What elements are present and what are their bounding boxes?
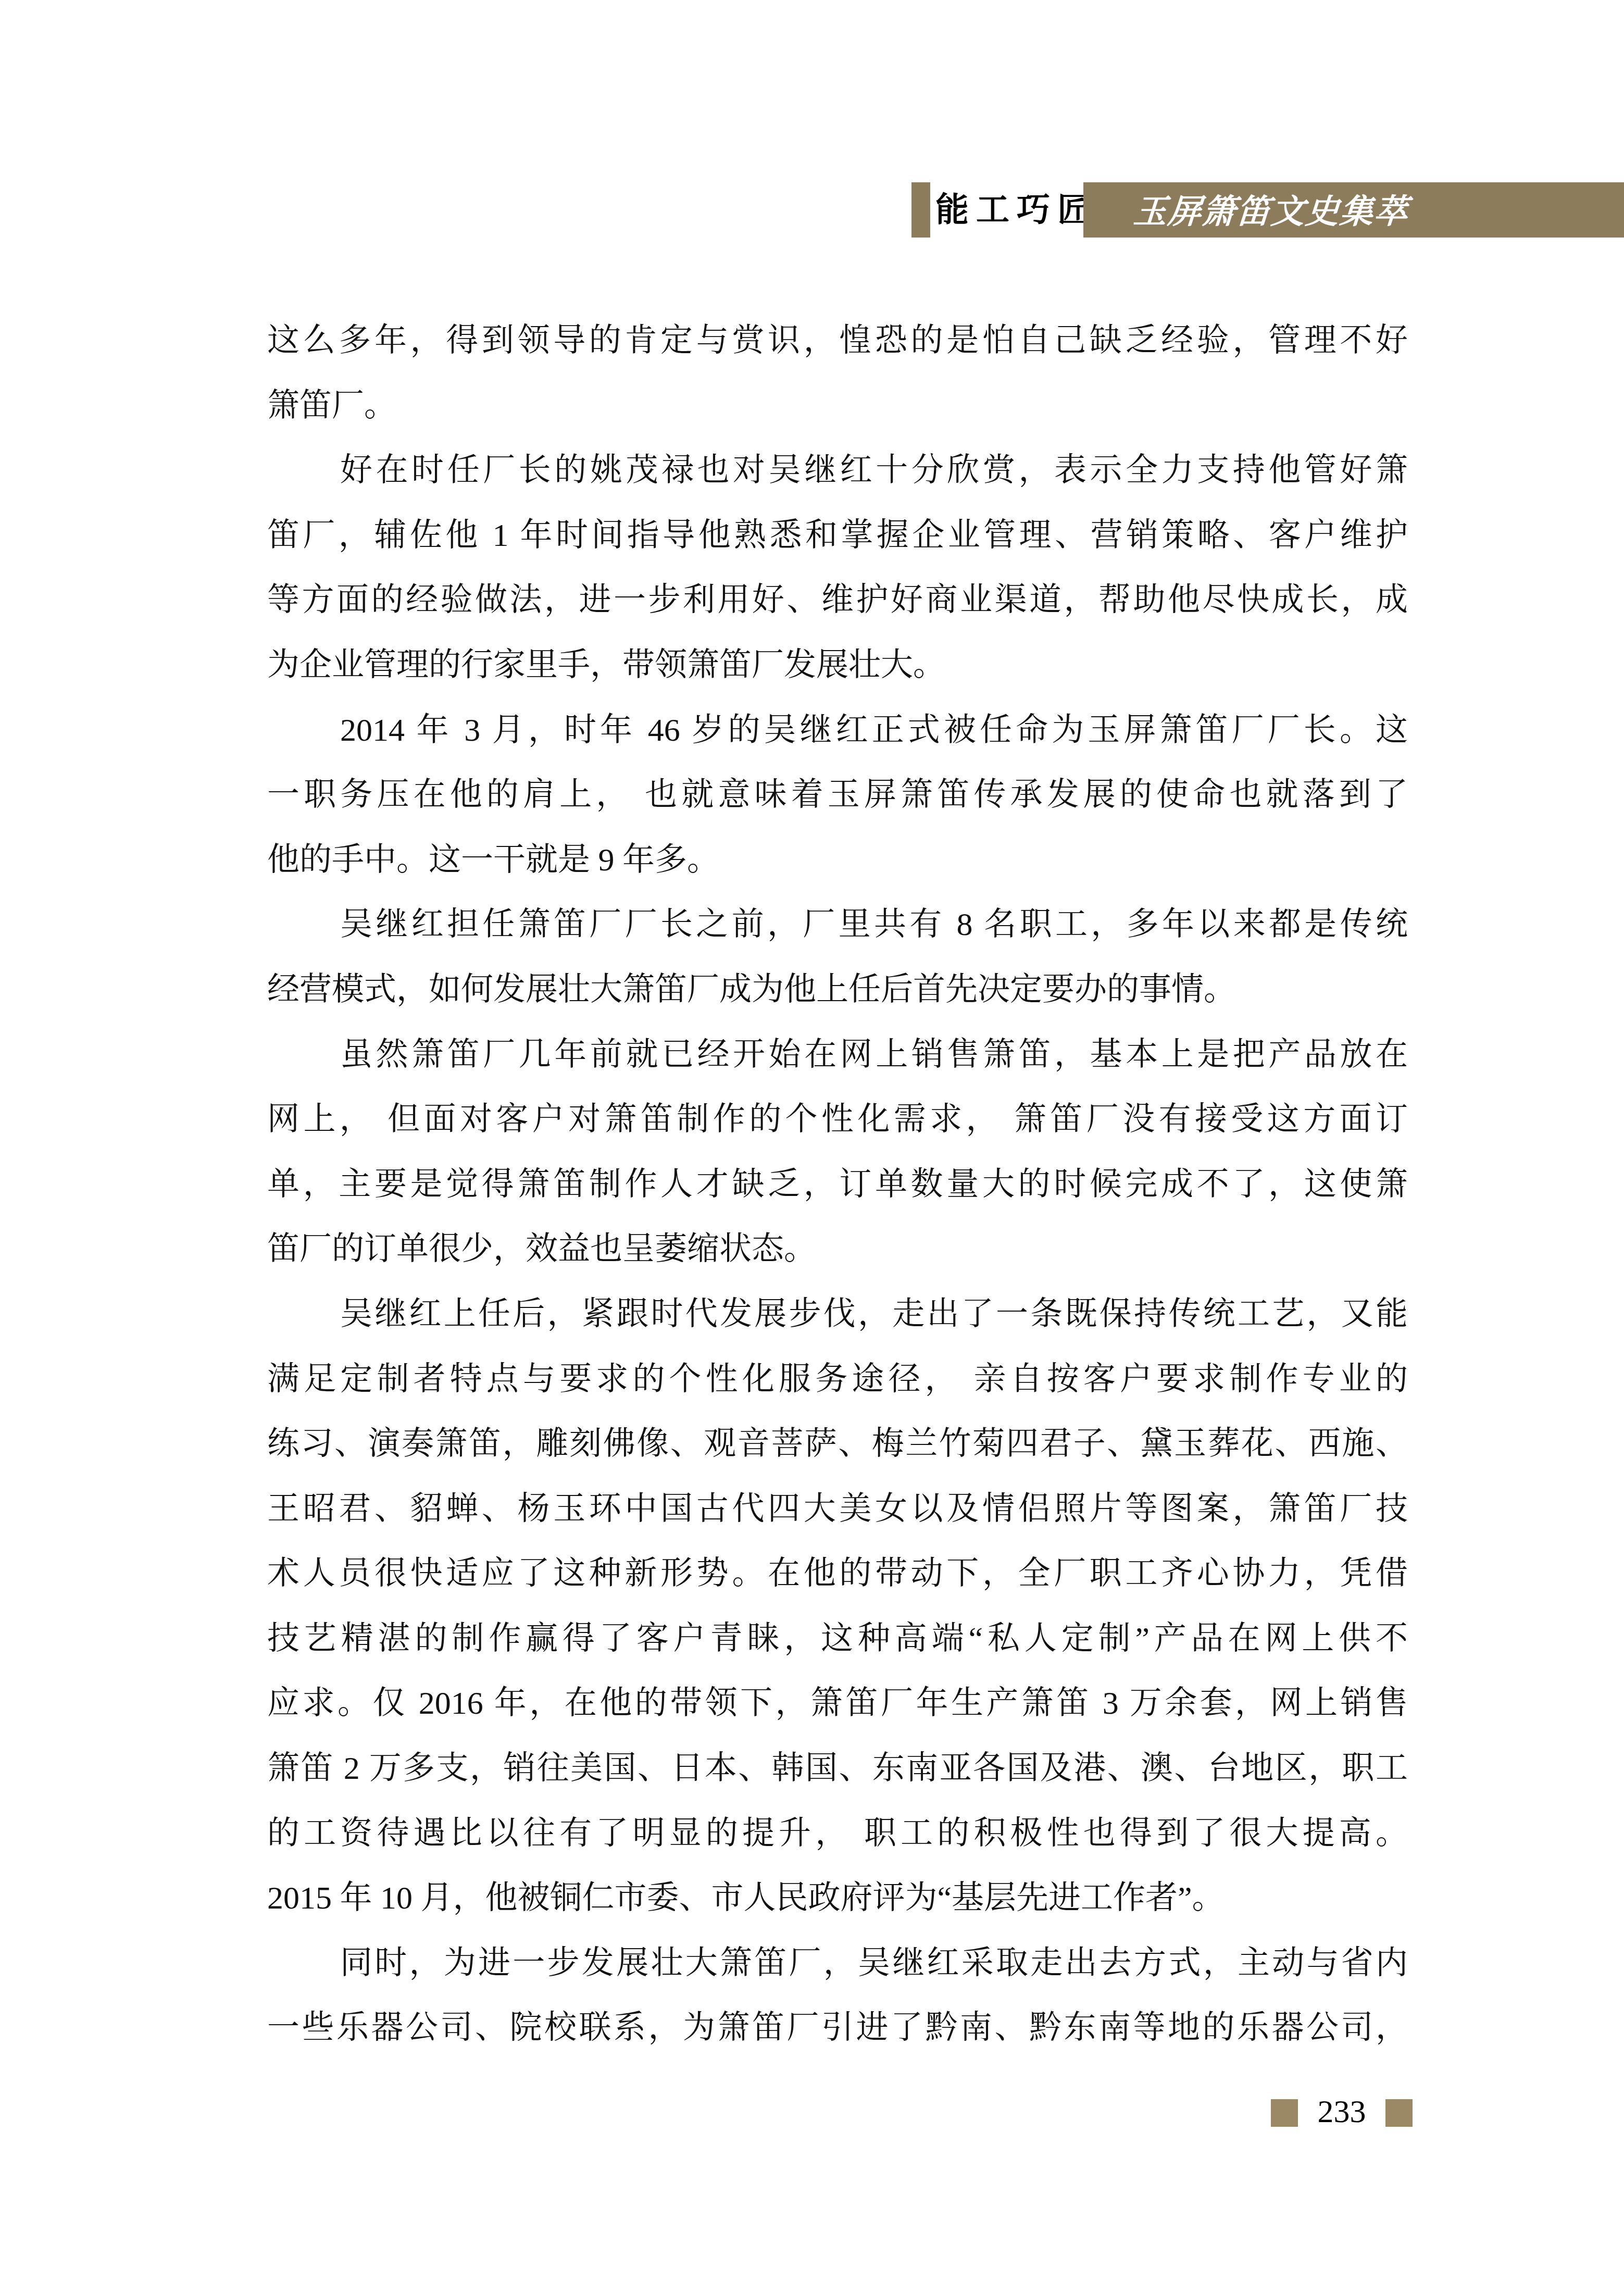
text-line: 2015 年 10 月，他被铜仁市委、市人民政府评为“基层先进工作者”。 bbox=[267, 1866, 1408, 1931]
text-line: 等方面的经验做法，进一步利用好、维护好商业渠道，帮助他尽快成长，成 bbox=[267, 568, 1408, 633]
text-line: 好在时任厂长的姚茂禄也对吴继红十分欣赏，表示全力支持他管好箫 bbox=[267, 438, 1408, 503]
body-text: 这么多年，得到领导的肯定与赏识，惶恐的是怕自己缺乏经验，管理不好箫笛厂。好在时任… bbox=[267, 308, 1408, 2061]
book-page: 能工巧匠 玉屏箫笛文史集萃 这么多年，得到领导的肯定与赏识，惶恐的是怕自己缺乏经… bbox=[0, 0, 1624, 2269]
text-line: 这么多年，得到领导的肯定与赏识，惶恐的是怕自己缺乏经验，管理不好 bbox=[267, 308, 1408, 373]
text-line: 应求。仅 2016 年，在他的带领下，箫笛厂年生产箫笛 3 万余套，网上销售 bbox=[267, 1671, 1408, 1736]
paragraph: 同时，为进一步发展壮大箫笛厂，吴继红采取走出去方式，主动与省内一些乐器公司、院校… bbox=[267, 1931, 1408, 2061]
text-line: 吴继红担任箫笛厂厂长之前，厂里共有 8 名职工，多年以来都是传统 bbox=[267, 892, 1408, 957]
footer-ornament-square-right bbox=[1385, 2099, 1413, 2127]
text-line: 术人员很快适应了这种新形势。在他的带动下，全厂职工齐心协力，凭借 bbox=[267, 1541, 1408, 1606]
header-banner: 玉屏箫笛文史集萃 bbox=[1083, 182, 1624, 238]
text-line: 王昭君、貂蝉、杨玉环中国古代四大美女以及情侣照片等图案，箫笛厂技 bbox=[267, 1477, 1408, 1542]
text-line: 一职务压在他的肩上， 也就意味着玉屏箫笛传承发展的使命也就落到了 bbox=[267, 763, 1408, 828]
text-line: 单，主要是觉得箫笛制作人才缺乏，订单数量大的时候完成不了，这使箫 bbox=[267, 1152, 1408, 1217]
paragraph: 2014 年 3 月，时年 46 岁的吴继红正式被任命为玉屏箫笛厂厂长。这一职务… bbox=[267, 698, 1408, 893]
text-line: 他的手中。这一干就是 9 年多。 bbox=[267, 828, 1408, 893]
text-line: 满足定制者特点与要求的个性化服务途径， 亲自按客户要求制作专业的 bbox=[267, 1347, 1408, 1412]
text-line: 经营模式，如何发展壮大箫笛厂成为他上任后首先决定要办的事情。 bbox=[267, 957, 1408, 1023]
text-line: 为企业管理的行家里手，带领箫笛厂发展壮大。 bbox=[267, 633, 1408, 698]
section-title: 能工巧匠 bbox=[935, 182, 1098, 238]
paragraph: 吴继红上任后，紧跟时代发展步伐，走出了一条既保持传统工艺，又能满足定制者特点与要… bbox=[267, 1282, 1408, 1931]
paragraph: 这么多年，得到领导的肯定与赏识，惶恐的是怕自己缺乏经验，管理不好箫笛厂。 bbox=[267, 308, 1408, 438]
banner-calligraphy-title: 玉屏箫笛文史集萃 bbox=[1131, 186, 1410, 242]
text-line: 笛厂，辅佐他 1 年时间指导他熟悉和掌握企业管理、营销策略、客户维护 bbox=[267, 503, 1408, 568]
paragraph: 好在时任厂长的姚茂禄也对吴继红十分欣赏，表示全力支持他管好箫笛厂，辅佐他 1 年… bbox=[267, 438, 1408, 697]
text-line: 箫笛厂。 bbox=[267, 373, 1408, 439]
text-line: 虽然箫笛厂几年前就已经开始在网上销售箫笛，基本上是把产品放在 bbox=[267, 1023, 1408, 1088]
page-number: 233 bbox=[1299, 2095, 1384, 2128]
header-accent-bar bbox=[911, 182, 930, 238]
text-line: 的工资待遇比以往有了明显的提升， 职工的积极性也得到了很大提高。 bbox=[267, 1801, 1408, 1866]
paragraph: 吴继红担任箫笛厂厂长之前，厂里共有 8 名职工，多年以来都是传统经营模式，如何发… bbox=[267, 892, 1408, 1022]
text-line: 2014 年 3 月，时年 46 岁的吴继红正式被任命为玉屏箫笛厂厂长。这 bbox=[267, 698, 1408, 763]
text-line: 箫笛 2 万多支，销往美国、日本、韩国、东南亚各国及港、澳、台地区，职工 bbox=[267, 1736, 1408, 1801]
text-line: 笛厂的订单很少，效益也呈萎缩状态。 bbox=[267, 1217, 1408, 1282]
text-line: 练习、演奏箫笛，雕刻佛像、观音菩萨、梅兰竹菊四君子、黛玉葬花、西施、 bbox=[267, 1412, 1408, 1477]
text-line: 吴继红上任后，紧跟时代发展步伐，走出了一条既保持传统工艺，又能 bbox=[267, 1282, 1408, 1347]
paragraph: 虽然箫笛厂几年前就已经开始在网上销售箫笛，基本上是把产品放在网上， 但面对客户对… bbox=[267, 1023, 1408, 1282]
text-line: 技艺精湛的制作赢得了客户青睐，这种高端“私人定制”产品在网上供不 bbox=[267, 1606, 1408, 1672]
text-line: 同时，为进一步发展壮大箫笛厂，吴继红采取走出去方式，主动与省内 bbox=[267, 1931, 1408, 1996]
footer-ornament-square-left bbox=[1271, 2099, 1298, 2127]
text-line: 一些乐器公司、院校联系，为箫笛厂引进了黔南、黔东南等地的乐器公司， bbox=[267, 1996, 1408, 2061]
text-line: 网上， 但面对客户对箫笛制作的个性化需求， 箫笛厂没有接受这方面订 bbox=[267, 1087, 1408, 1152]
